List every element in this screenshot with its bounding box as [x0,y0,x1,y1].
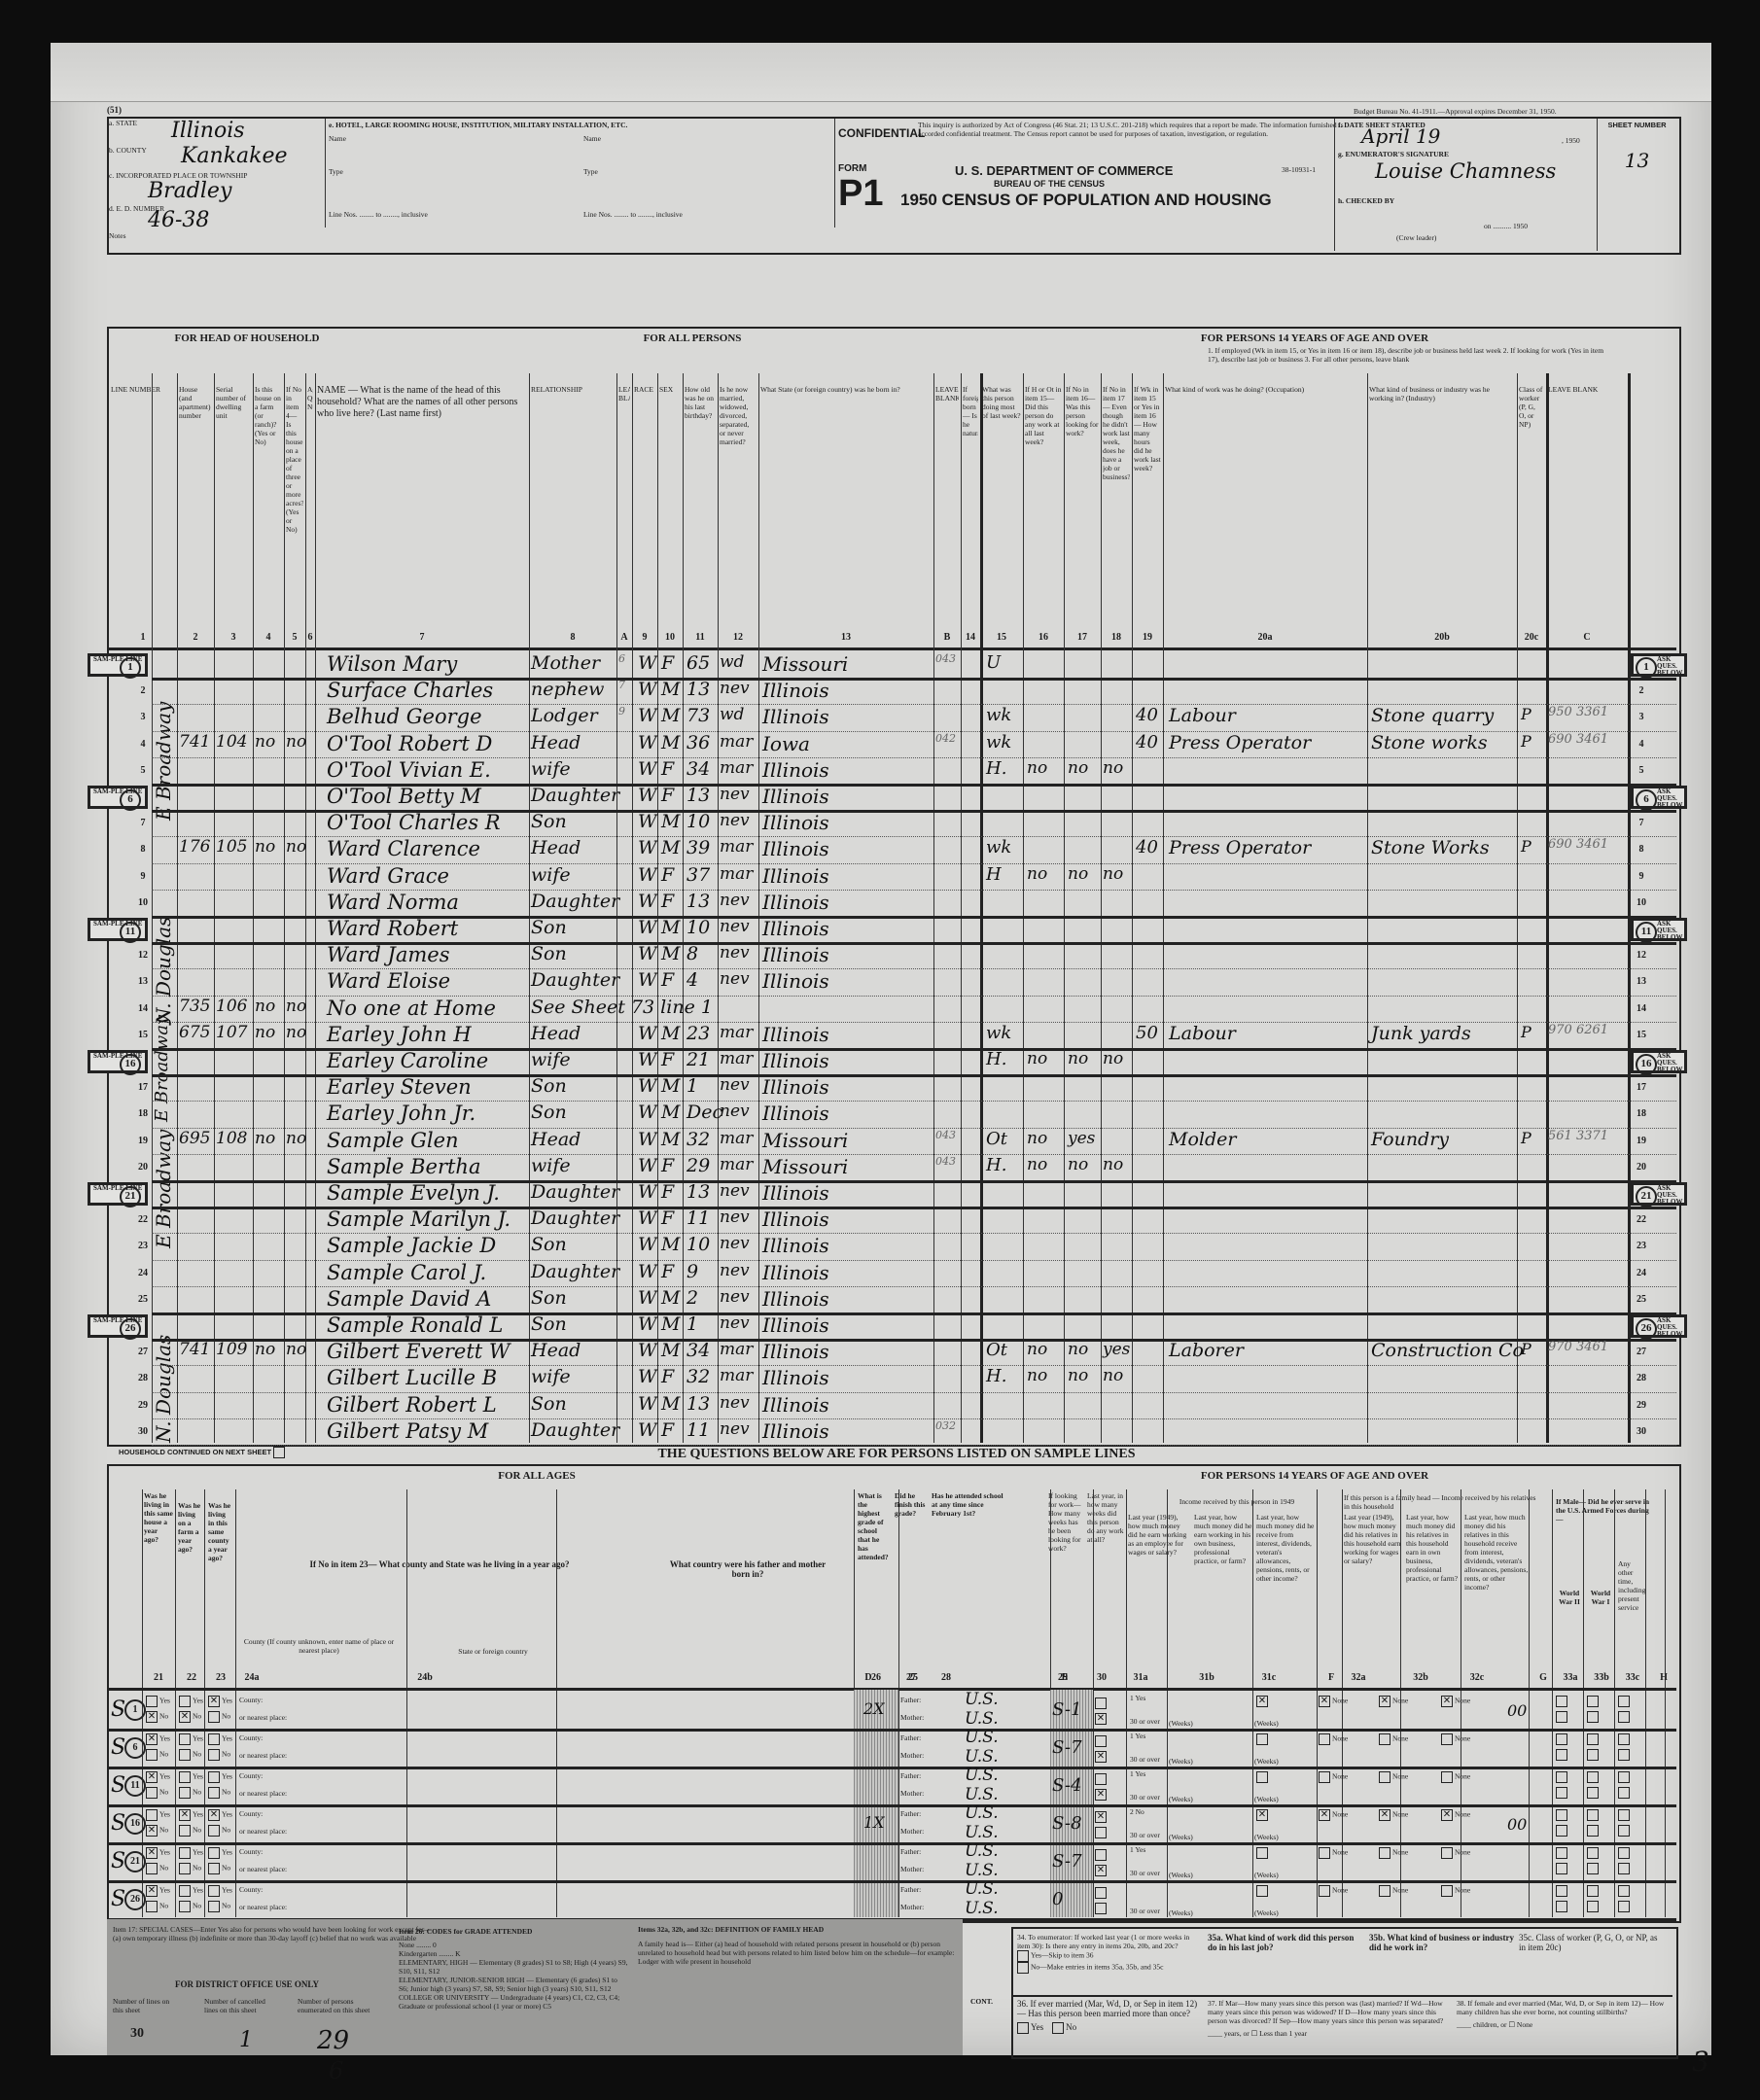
cell-name: Sample Jackie D [327,1234,496,1257]
father-birthplace: U.S. [965,1879,999,1899]
notes-label: Notes [109,231,126,240]
column-number: 19 [1132,632,1163,643]
q33-yes[interactable] [1556,1733,1569,1745]
cell-race: W [638,1155,657,1176]
q33-no[interactable] [1618,1863,1632,1874]
q30-none[interactable]: ✕ [1256,1809,1270,1821]
cell-name: Belhud George [327,705,482,728]
q30-none[interactable] [1256,1885,1270,1897]
father-label: Father: [900,1809,921,1818]
hotel-name-label-1: Name [329,134,346,143]
nearest-place-label: or nearest place: [239,1789,287,1798]
q21-no[interactable]: No [146,1749,168,1761]
sample-line-badge: SAM-PLE LINE26 [88,1314,148,1338]
q27-no[interactable] [1095,1827,1109,1838]
cell-mar: mar [720,758,753,778]
cell-a: 6 [618,652,625,665]
cell-sex: M [661,732,680,753]
q30-weeks-label: (Weeks) [1254,1833,1279,1841]
cell-b: 043 [935,1129,956,1141]
q31c-none[interactable]: ✕None [1441,1696,1470,1707]
q27-yes[interactable]: ✕ [1095,1811,1109,1823]
sample-column-number: 27 [897,1672,926,1683]
q33-yes[interactable] [1618,1885,1632,1897]
father-label: Father: [900,1771,921,1780]
q23-no[interactable]: No [208,1901,230,1912]
cell-acres: no [286,732,306,752]
q22-no[interactable]: No [179,1863,201,1874]
q33-yes[interactable] [1618,1847,1632,1859]
q28-answer[interactable]: 2 No [1130,1807,1144,1816]
column-label: LEAVE BLANK [618,385,630,628]
q31b-none[interactable]: None [1379,1771,1408,1783]
q33-yes[interactable] [1618,1696,1632,1707]
county-label: County: [239,1696,263,1704]
cell-mar: nev [720,785,750,804]
q33-yes[interactable] [1556,1809,1569,1821]
q23-no[interactable]: No [208,1825,230,1837]
q22-yes[interactable]: ✕Yes [179,1809,203,1821]
q21-no[interactable]: No [146,1787,168,1799]
cell-sex: M [661,1075,680,1097]
column-rule [1101,373,1102,1443]
cell-cls: P [1521,1340,1531,1358]
q29-weeks-label: (Weeks) [1169,1757,1193,1766]
cell-b: 043 [935,1155,956,1168]
q22-no[interactable]: No [179,1901,201,1912]
q33-no[interactable] [1556,1825,1569,1837]
cell-sex: M [661,1393,680,1415]
cell-serial: 107 [216,1023,247,1042]
ask-questions-badge: 26ASK QUES. BELOW [1631,1314,1687,1338]
q32b-label: Last year, how much money did his relati… [1406,1513,1461,1583]
line-number: 14 [134,1003,152,1014]
q22-yes[interactable]: Yes [179,1696,203,1707]
q23-no[interactable]: No [208,1749,230,1761]
divider [1013,1995,1672,1997]
q38-block: 38. If female and ever married (Mar, Wd,… [1457,1999,1671,2029]
none-label: None [1392,1697,1408,1705]
hotel-lines-label-1: Line Nos. ........ to ........, inclusiv… [329,210,428,219]
yes-label: Yes [222,1772,232,1781]
family-head-panel: Items 32a, 32b, and 32c: DEFINITION OF F… [632,1919,963,2055]
q22-no[interactable]: No [179,1825,201,1837]
cell-name: Earley John Jr. [327,1102,475,1125]
section-all-ages: FOR ALL AGES [440,1470,634,1482]
q28-30-or-over: 30 or over [1130,1869,1160,1877]
q30-none[interactable] [1256,1771,1270,1783]
cell-serial: 106 [216,997,247,1016]
q27-yes[interactable] [1095,1849,1109,1861]
column-number: 13 [758,632,933,643]
q33-no[interactable] [1587,1863,1601,1874]
cell-house: 176 [179,837,210,857]
sample-line-number: 21 [120,1186,141,1207]
cell-mar: nev [720,891,750,910]
column-rule [305,373,306,1443]
q21-yes[interactable]: ✕Yes [146,1885,170,1897]
sample-line-badge: SAM-PLE LINE11 [88,918,148,941]
q33-yes[interactable] [1618,1809,1632,1821]
column-label: What was this person doing most of last … [982,385,1021,628]
nearest-place-label: or nearest place: [239,1903,287,1911]
sample-column-number: 28 [932,1672,961,1683]
q33-yes[interactable] [1618,1733,1632,1745]
checked-on: on .......... 1950 [1484,222,1528,230]
q27-no[interactable]: ✕ [1095,1789,1109,1801]
extra-mark: 6 [329,2057,343,2084]
cell-farm: no [255,997,275,1016]
q33-yes[interactable] [1587,1809,1601,1821]
q34-yes-checkbox[interactable] [1017,1950,1029,1962]
cell-age: 32 [686,1129,710,1150]
cell-mar: nev [720,1313,750,1333]
q23-yes[interactable]: Yes [208,1885,232,1897]
q21-yes[interactable]: ✕Yes [146,1771,170,1783]
enumerator-block: f. DATE SHEET STARTED April 19 , 1950 g.… [1338,121,1591,129]
special-cases-panel: Item 17: SPECIAL CASES—Enter Yes also fo… [107,1919,632,2055]
q33-no[interactable] [1587,1787,1601,1799]
q27-yes[interactable] [1095,1887,1109,1899]
cell-sex: F [661,969,674,991]
cont-label: CONT. [970,1997,993,2006]
cell-rel: Son [531,1313,567,1335]
q33-no[interactable] [1556,1787,1569,1799]
no-label: No [159,1864,168,1872]
q27-no[interactable]: ✕ [1095,1751,1109,1763]
q33-yes[interactable] [1556,1847,1569,1859]
leave-blank-d-value: 2X [863,1699,885,1718]
q28-answer[interactable]: 1 Yes [1130,1732,1145,1740]
q36-block: 36. If ever married (Mar, Wd, D, or Sep … [1017,1999,1202,2034]
street-label: N. Douglas [152,917,175,1025]
q21-no[interactable]: ✕No [146,1825,168,1837]
q22-yes[interactable]: Yes [179,1771,203,1783]
cell-rel: Mother [531,652,600,674]
q31c-none[interactable]: None [1441,1847,1470,1859]
q33-yes[interactable] [1587,1696,1601,1707]
q22-yes[interactable]: Yes [179,1733,203,1745]
q36-no-label: No [1066,2022,1076,2032]
q33-no[interactable] [1618,1901,1632,1912]
ask-questions-badge: 16ASK QUES. BELOW [1631,1050,1687,1073]
ask-line-number: 11 [1636,922,1657,943]
sample-column-number: 33a [1556,1672,1585,1683]
q33-no[interactable] [1587,1825,1601,1837]
cell-rel: wife [531,1366,571,1387]
q31a-label: Last year (1949), how much money did he … [1128,1513,1190,1557]
q31b-none[interactable]: ✕None [1379,1696,1408,1707]
q30-none[interactable] [1256,1733,1270,1745]
nearest-place-label: or nearest place: [239,1751,287,1760]
q31c-none[interactable]: None [1441,1771,1470,1783]
no-label: No [222,1750,230,1759]
column-label: If Wk in item 15 or Yes in item 16— How … [1134,385,1161,628]
q34-no-checkbox[interactable] [1017,1962,1029,1974]
divider [1597,119,1598,251]
cell-born: Illinois [762,1181,829,1205]
line-number-right: 14 [1633,1003,1650,1014]
cell-occ: Press Operator [1169,837,1311,858]
sample-row-number: 21 [124,1851,146,1872]
q22-no[interactable]: ✕No [179,1711,201,1723]
cell-sex: M [661,1313,680,1335]
cell-q17: no [1068,1340,1088,1359]
cell-name: Ward Clarence [327,837,480,860]
q21-yes[interactable]: ✕Yes [146,1847,170,1859]
q23-no[interactable]: No [208,1711,230,1723]
column-label: SEX [659,385,681,628]
q30-none[interactable] [1256,1847,1270,1859]
mother-birthplace: U.S. [965,1861,999,1880]
ask-label: ASK QUES. BELOW [1657,787,1682,809]
grade-attended: S-7 [1052,1851,1082,1872]
q36-no-checkbox[interactable] [1052,2022,1064,2034]
q31a-none[interactable]: None [1319,1885,1348,1897]
line-number: 23 [134,1241,152,1251]
crew-leader-label: (Crew leader) [1396,233,1436,242]
cell-sex: F [661,785,674,806]
household-continued-checkbox[interactable] [273,1447,285,1458]
cell-name: Gilbert Robert L [327,1393,497,1417]
bureau-name: BUREAU OF THE CENSUS [994,179,1105,189]
sample-row-number: 6 [124,1737,146,1759]
column-label: House (and apartment) number [179,385,212,628]
q27-no[interactable] [1095,1903,1109,1914]
cell-name: Sample David A [327,1287,491,1311]
q30-weeks-label: (Weeks) [1254,1719,1279,1728]
cell-serial: 108 [216,1129,247,1148]
q31b-none[interactable]: None [1379,1885,1408,1897]
q33-no[interactable] [1618,1825,1632,1837]
cell-name: Ward Norma [327,891,459,914]
q31c-none[interactable]: None [1441,1733,1470,1745]
cell-farm: no [255,1129,275,1148]
sample-banner: THE QUESTIONS BELOW ARE FOR PERSONS LIST… [459,1447,1334,1462]
q21-yes[interactable]: ✕Yes [146,1733,170,1745]
q28-answer[interactable]: 1 Yes [1130,1694,1145,1702]
q26-label: What is the highest grade of school that… [858,1491,887,1561]
q27-no[interactable]: ✕ [1095,1865,1109,1876]
line-number: 13 [134,976,152,987]
location-block: a. STATE Illinois b. COUNTY Kankakee c. … [109,119,323,243]
q31a-none[interactable]: None [1319,1847,1348,1859]
q22-yes[interactable]: Yes [179,1847,203,1859]
cell-cls: P [1521,732,1531,751]
column-rule [933,373,934,1443]
q33-yes[interactable] [1556,1771,1569,1783]
cell-age: 1 [686,1313,698,1335]
q27-yes[interactable] [1095,1773,1109,1785]
q21-no[interactable]: No [146,1863,168,1874]
q33-no[interactable] [1556,1901,1569,1912]
q23-yes[interactable]: Yes [208,1771,232,1783]
column-number: 6 [305,632,315,643]
cell-race: W [638,891,657,912]
q33-yes[interactable] [1587,1847,1601,1859]
q22-no[interactable]: No [179,1749,201,1761]
q23-yes[interactable]: Yes [208,1733,232,1745]
sample-column-number: 33c [1618,1672,1647,1683]
divider [834,119,835,227]
cell-rel: Head [531,1129,581,1150]
q31b-label: Last year, how much money did he earn wo… [1194,1513,1252,1565]
cell-born: Iowa [762,732,810,755]
q33-no[interactable] [1556,1711,1569,1723]
q21-yes[interactable]: Yes [146,1809,170,1821]
q22-yes[interactable]: Yes [179,1885,203,1897]
q33-no[interactable] [1556,1863,1569,1874]
q27-yes[interactable] [1095,1697,1109,1709]
yes-label: Yes [222,1848,232,1857]
cell-mar: mar [720,1049,753,1068]
cell-q16: no [1027,864,1047,884]
column-rule [315,373,316,1443]
q21-label: Was he living in this same house a year … [144,1491,173,1544]
yes-label: Yes [159,1734,170,1743]
q38-tail[interactable]: ____ children, or ☐ None [1457,2020,1671,2029]
budget-note: Budget Bureau No. 41-1911.—Approval expi… [1354,107,1557,116]
q31c-none[interactable]: None [1441,1885,1470,1897]
sample-line-number: 6 [120,789,141,811]
column-rule [152,373,153,1443]
q31b-none[interactable]: None [1379,1847,1408,1859]
cell-serial: 104 [216,732,247,752]
column-rule [632,373,633,1443]
sample-row-rule [109,1804,1676,1807]
cell-serial: 109 [216,1340,247,1359]
hotel-block: e. HOTEL, LARGE ROOMING HOUSE, INSTITUTI… [329,121,834,129]
none-label: None [1332,1886,1348,1895]
cell-act: H. [986,758,1006,779]
q21-no[interactable]: No [146,1901,168,1912]
q21-yes[interactable]: Yes [146,1696,170,1707]
sample-column-number: 31c [1254,1672,1284,1683]
q27-no[interactable]: ✕ [1095,1713,1109,1725]
cell-race: W [638,652,657,674]
cell-q17: no [1068,864,1088,884]
no-label: No [222,1902,230,1910]
sample-line-badge: SAM-PLE LINE16 [88,1050,148,1073]
q31a-none[interactable]: None [1319,1771,1348,1783]
cell-born: Illinois [762,1261,829,1284]
q23-yes[interactable]: ✕Yes [208,1696,232,1707]
q33-no[interactable] [1618,1787,1632,1799]
form-title: 1950 CENSUS OF POPULATION AND HOUSING [900,191,1272,210]
cell-name: Earley John H [327,1023,472,1046]
cell-rel: Head [531,732,581,753]
q31a-none[interactable]: None [1319,1733,1348,1745]
q37-tail[interactable]: ____ years, or ☐ Less than 1 year [1208,2029,1451,2038]
q31c-none[interactable]: ✕None [1441,1809,1470,1821]
q31a-none[interactable]: ✕None [1319,1809,1348,1821]
cell-ind: Stone Works [1371,837,1490,858]
no-label: No [193,1750,201,1759]
ed-value: 46-38 [148,208,209,232]
q27-yes[interactable] [1095,1735,1109,1747]
q33-yes[interactable] [1618,1771,1632,1783]
line-number: 29 [134,1400,152,1411]
column-label: What State (or foreign country) was he b… [760,385,932,628]
grade-code: None ........ 0 [399,1941,628,1949]
q23-no[interactable]: No [208,1863,230,1874]
lines-value: 30 [130,2026,144,2042]
q21-no[interactable]: ✕No [146,1711,168,1723]
cell-house: 695 [179,1129,210,1148]
cell-mar: nev [720,1261,750,1280]
q33-yes[interactable] [1587,1733,1601,1745]
cell-sex: M [661,679,680,700]
ask-line-number: 26 [1636,1318,1657,1340]
q28-answer[interactable]: 1 Yes [1130,1769,1145,1778]
q34-text: 34. To enumerator: If worked last year (… [1017,1933,1202,1950]
sample-column-rule [1552,1489,1553,1917]
cell-rel: Daughter [531,1261,619,1282]
sample-row-number: 26 [124,1889,146,1910]
column-rule [1517,373,1518,1443]
cell-sex: F [661,1419,674,1441]
father-birthplace: U.S. [965,1803,999,1823]
cell-age: 36 [686,732,710,753]
q31b-none[interactable]: ✕None [1379,1809,1408,1821]
cell-age: 1 [686,1075,698,1097]
q23-yes[interactable]: Yes [208,1847,232,1859]
sample-column-rule [235,1489,236,1917]
cell-rel: nephew [531,679,604,700]
nearest-place-label: or nearest place: [239,1713,287,1722]
cell-name: Sample Ronald L [327,1313,503,1337]
ask-label: ASK QUES. BELOW [1657,655,1682,677]
q33-yes[interactable] [1587,1885,1601,1897]
q28-answer[interactable]: 1 Yes [1130,1845,1145,1854]
row-rule [152,1445,1676,1446]
cell-b: 043 [935,652,956,665]
sample-column-rule [556,1489,557,1917]
line-number-right: 13 [1633,976,1650,987]
q33-yes[interactable] [1556,1696,1569,1707]
q30-none[interactable]: ✕ [1256,1696,1270,1707]
cell-mar: nev [720,1393,750,1413]
q33-no[interactable] [1587,1711,1601,1723]
cell-name: O'Tool Robert D [327,732,492,755]
cell-rel: Head [531,837,581,858]
q36-yes-checkbox[interactable] [1017,2022,1029,2034]
q35a-text: 35a. What kind of work did this person d… [1208,1933,1363,1952]
q33-no[interactable] [1618,1711,1632,1723]
line-number-right: 20 [1633,1162,1650,1172]
q31b-none[interactable]: None [1379,1733,1408,1745]
q33-yes[interactable] [1587,1771,1601,1783]
q22-no[interactable]: No [179,1787,201,1799]
family-head-title: Items 32a, 32b, and 32c: DEFINITION OF F… [632,1919,963,1940]
q23-no[interactable]: No [208,1787,230,1799]
cell-age: 13 [686,891,710,912]
q33-no[interactable] [1587,1901,1601,1912]
q31a-none[interactable]: ✕None [1319,1696,1348,1707]
cell-sex: F [661,758,674,780]
q33-no[interactable] [1587,1749,1601,1761]
q33-no[interactable] [1556,1749,1569,1761]
cell-ind: Junk yards [1371,1023,1471,1044]
cell-name: Sample Carol J. [327,1261,486,1284]
q33-no[interactable] [1618,1749,1632,1761]
q28-label: Has he attended school at any time since… [932,1491,1009,1518]
no-label: No [159,1826,168,1835]
sample-column-rule [406,1489,407,1917]
cell-rel: Daughter [531,969,619,991]
q33-yes[interactable] [1556,1885,1569,1897]
q23-yes[interactable]: ✕Yes [208,1809,232,1821]
